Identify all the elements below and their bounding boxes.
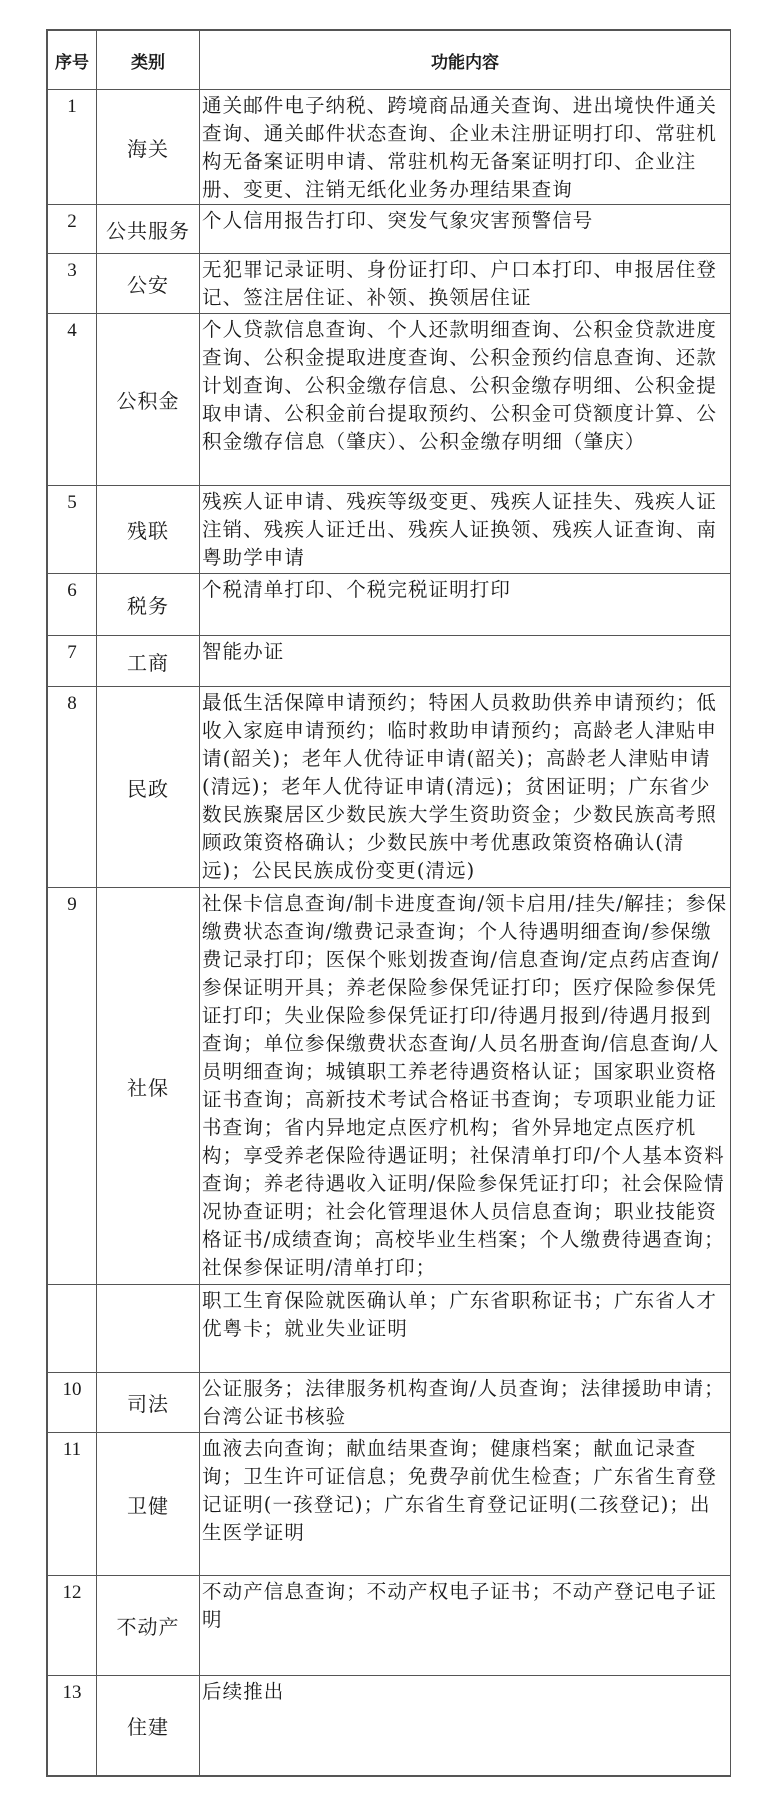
row-function-content: 公证服务；法律服务机构查询/人员查询；法律援助申请；台湾公证书核验 <box>200 1373 731 1433</box>
row-serial-number: 3 <box>48 254 97 314</box>
row-function-content: 后续推出 <box>200 1676 731 1776</box>
row-serial-number: 8 <box>48 687 97 888</box>
row-serial-number: 4 <box>48 314 97 486</box>
table-row: 12 不动产 不动产信息查询；不动产权电子证书；不动产登记电子证明 <box>48 1576 731 1676</box>
row-serial-number <box>48 1285 97 1373</box>
table-header-row: 序号 类别 功能内容 <box>48 31 731 90</box>
row-serial-number: 12 <box>48 1576 97 1676</box>
table-row: 职工生育保险就医确认单；广东省职称证书；广东省人才优粤卡；就业失业证明 <box>48 1285 731 1373</box>
row-category: 公积金 <box>97 314 200 486</box>
table-row: 4 公积金 个人贷款信息查询、个人还款明细查询、公积金贷款进度查询、公积金提取进… <box>48 314 731 486</box>
row-category: 公安 <box>97 254 200 314</box>
row-category: 民政 <box>97 687 200 888</box>
row-function-content: 残疾人证申请、残疾等级变更、残疾人证挂失、残疾人证注销、残疾人证迁出、残疾人证换… <box>200 486 731 574</box>
row-function-content: 个税清单打印、个税完税证明打印 <box>200 574 731 636</box>
table-row: 13 住建 后续推出 <box>48 1676 731 1776</box>
row-function-content: 社保卡信息查询/制卡进度查询/领卡启用/挂失/解挂；参保缴费状态查询/缴费记录查… <box>200 888 731 1285</box>
row-serial-number: 10 <box>48 1373 97 1433</box>
header-serial-number: 序号 <box>48 31 97 90</box>
row-function-content: 个人贷款信息查询、个人还款明细查询、公积金贷款进度查询、公积金提取进度查询、公积… <box>200 314 731 486</box>
row-function-content: 血液去向查询；献血结果查询；健康档案；献血记录查询；卫生许可证信息；免费孕前优生… <box>200 1433 731 1576</box>
row-category: 司法 <box>97 1373 200 1433</box>
row-category: 卫健 <box>97 1433 200 1576</box>
row-function-content: 不动产信息查询；不动产权电子证书；不动产登记电子证明 <box>200 1576 731 1676</box>
row-function-content: 无犯罪记录证明、身份证打印、户口本打印、申报居住登记、签注居住证、补领、换领居住… <box>200 254 731 314</box>
table-row: 9 社保 社保卡信息查询/制卡进度查询/领卡启用/挂失/解挂；参保缴费状态查询/… <box>48 888 731 1285</box>
row-function-content: 智能办证 <box>200 636 731 687</box>
row-category: 住建 <box>97 1676 200 1776</box>
table-row: 11 卫健 血液去向查询；献血结果查询；健康档案；献血记录查询；卫生许可证信息；… <box>48 1433 731 1576</box>
row-category <box>97 1285 200 1373</box>
row-function-content: 通关邮件电子纳税、跨境商品通关查询、进出境快件通关查询、通关邮件状态查询、企业未… <box>200 90 731 205</box>
row-serial-number: 6 <box>48 574 97 636</box>
row-serial-number: 13 <box>48 1676 97 1776</box>
table-row: 1 海关 通关邮件电子纳税、跨境商品通关查询、进出境快件通关查询、通关邮件状态查… <box>48 90 731 205</box>
row-function-content: 最低生活保障申请预约；特困人员救助供养申请预约；低收入家庭申请预约；临时救助申请… <box>200 687 731 888</box>
row-serial-number: 1 <box>48 90 97 205</box>
row-category: 税务 <box>97 574 200 636</box>
row-serial-number: 2 <box>48 205 97 254</box>
row-serial-number: 11 <box>48 1433 97 1576</box>
table-row: 8 民政 最低生活保障申请预约；特困人员救助供养申请预约；低收入家庭申请预约；临… <box>48 687 731 888</box>
table-row: 10 司法 公证服务；法律服务机构查询/人员查询；法律援助申请；台湾公证书核验 <box>48 1373 731 1433</box>
row-serial-number: 5 <box>48 486 97 574</box>
row-category: 工商 <box>97 636 200 687</box>
header-function-content: 功能内容 <box>200 31 731 90</box>
row-serial-number: 7 <box>48 636 97 687</box>
row-function-content: 职工生育保险就医确认单；广东省职称证书；广东省人才优粤卡；就业失业证明 <box>200 1285 731 1373</box>
row-function-content: 个人信用报告打印、突发气象灾害预警信号 <box>200 205 731 254</box>
table-row: 6 税务 个税清单打印、个税完税证明打印 <box>48 574 731 636</box>
table-row: 7 工商 智能办证 <box>48 636 731 687</box>
row-category: 残联 <box>97 486 200 574</box>
table-row: 2 公共服务 个人信用报告打印、突发气象灾害预警信号 <box>48 205 731 254</box>
table-row: 3 公安 无犯罪记录证明、身份证打印、户口本打印、申报居住登记、签注居住证、补领… <box>48 254 731 314</box>
row-category: 不动产 <box>97 1576 200 1676</box>
table-row: 5 残联 残疾人证申请、残疾等级变更、残疾人证挂失、残疾人证注销、残疾人证迁出、… <box>48 486 731 574</box>
header-category: 类别 <box>97 31 200 90</box>
row-category: 公共服务 <box>97 205 200 254</box>
row-serial-number: 9 <box>48 888 97 1285</box>
row-category: 社保 <box>97 888 200 1285</box>
services-table: 序号 类别 功能内容 1 海关 通关邮件电子纳税、跨境商品通关查询、进出境快件通… <box>46 29 731 1777</box>
row-category: 海关 <box>97 90 200 205</box>
